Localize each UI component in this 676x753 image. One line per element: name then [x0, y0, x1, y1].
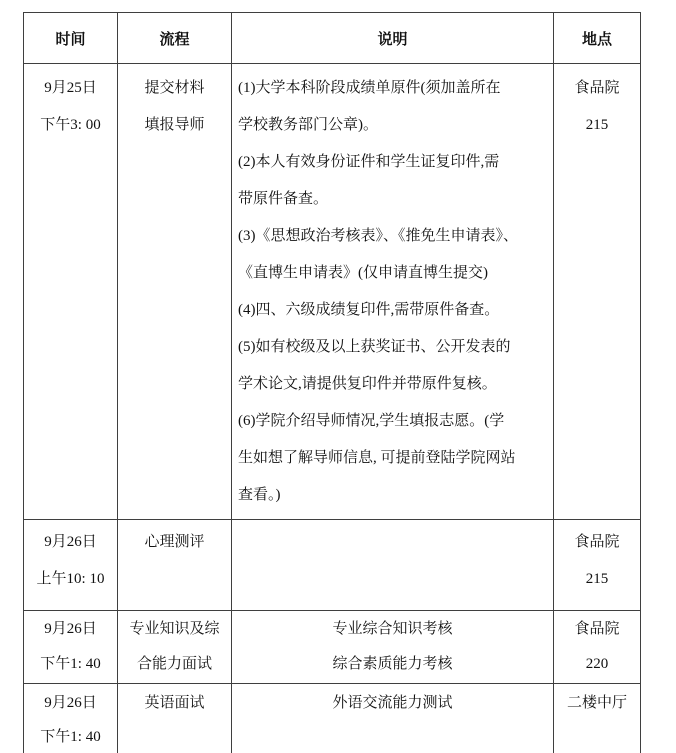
process-line: 英语面试 — [118, 686, 231, 720]
description-line: (2)本人有效身份证件和学生证复印件,需 — [232, 144, 553, 181]
process-cell: 专业知识及综 合能力面试 — [118, 611, 232, 684]
description-line: 带原件备查。 — [232, 181, 553, 218]
description-line: 学校教务部门公章)。 — [232, 107, 553, 144]
header-cell-location: 地点 — [554, 13, 641, 64]
time-line: 9月25日 — [24, 70, 117, 107]
process-cell: 提交材料 填报导师 — [118, 64, 232, 520]
header-row: 时间 流程 说明 地点 — [24, 13, 641, 64]
schedule-table: 时间 流程 说明 地点 9月25日 下午3: 00 提交材料 填报导师 (1)大… — [23, 12, 641, 753]
document-page: { "header": { "time": "时间", "process": "… — [0, 0, 676, 753]
location-line: 215 — [554, 561, 640, 598]
location-cell: 食品院 215 — [554, 64, 641, 520]
description-line: (1)大学本科阶段成绩单原件(须加盖所在 — [232, 70, 553, 107]
description-cell: 专业综合知识考核 综合素质能力考核 — [232, 611, 554, 684]
location-cell: 食品院 220 — [554, 611, 641, 684]
location-line: 220 — [554, 647, 640, 682]
description-line: 生如想了解导师信息, 可提前登陆学院网站 — [232, 440, 553, 477]
time-line: 下午1: 40 — [24, 720, 117, 753]
description-line: 学术论文,请提供复印件并带原件复核。 — [232, 366, 553, 403]
description-line: (6)学院介绍导师情况,学生填报志愿。(学 — [232, 403, 553, 440]
location-line: 215 — [554, 107, 640, 144]
location-line: 食品院 — [554, 524, 640, 561]
time-cell: 9月26日 上午10: 10 — [24, 520, 118, 611]
description-line: 专业综合知识考核 — [232, 612, 553, 647]
time-cell: 9月26日 下午1: 40 — [24, 684, 118, 753]
time-line: 9月26日 — [24, 686, 117, 720]
header-cell-time: 时间 — [24, 13, 118, 64]
location-line: 食品院 — [554, 70, 640, 107]
table-row: 9月26日 下午1: 40 英语面试 外语交流能力测试 二楼中厅 — [24, 684, 641, 753]
description-line: (3)《思想政治考核表》、《推免生申请表》、 — [232, 218, 553, 255]
description-line: (4)四、六级成绩复印件,需带原件备查。 — [232, 292, 553, 329]
time-line: 上午10: 10 — [24, 561, 117, 598]
location-line: 食品院 — [554, 612, 640, 647]
process-cell: 心理测评 — [118, 520, 232, 611]
table-row: 9月26日 下午1: 40 专业知识及综 合能力面试 专业综合知识考核 综合素质… — [24, 611, 641, 684]
description-line: 查看。) — [232, 477, 553, 514]
description-line: 综合素质能力考核 — [232, 647, 553, 682]
header-cell-process: 流程 — [118, 13, 232, 64]
process-line: 心理测评 — [118, 524, 231, 561]
time-line: 9月26日 — [24, 612, 117, 647]
location-cell: 二楼中厅 — [554, 684, 641, 753]
table-row: 9月26日 上午10: 10 心理测评 食品院 215 — [24, 520, 641, 611]
description-line: (5)如有校级及以上获奖证书、公开发表的 — [232, 329, 553, 366]
description-line: 《直博生申请表》(仅申请直博生提交) — [232, 255, 553, 292]
process-line: 合能力面试 — [118, 647, 231, 682]
process-line: 填报导师 — [118, 107, 231, 144]
time-cell: 9月25日 下午3: 00 — [24, 64, 118, 520]
description-cell: (1)大学本科阶段成绩单原件(须加盖所在 学校教务部门公章)。 (2)本人有效身… — [232, 64, 554, 520]
time-line: 下午1: 40 — [24, 647, 117, 682]
time-line: 下午3: 00 — [24, 107, 117, 144]
time-line: 9月26日 — [24, 524, 117, 561]
description-cell — [232, 520, 554, 611]
process-line: 专业知识及综 — [118, 612, 231, 647]
header-cell-description: 说明 — [232, 13, 554, 64]
process-cell: 英语面试 — [118, 684, 232, 753]
location-cell: 食品院 215 — [554, 520, 641, 611]
description-line: 外语交流能力测试 — [232, 686, 553, 720]
location-line: 二楼中厅 — [554, 686, 640, 720]
table-row: 9月25日 下午3: 00 提交材料 填报导师 (1)大学本科阶段成绩单原件(须… — [24, 64, 641, 520]
description-cell: 外语交流能力测试 — [232, 684, 554, 753]
time-cell: 9月26日 下午1: 40 — [24, 611, 118, 684]
process-line: 提交材料 — [118, 70, 231, 107]
